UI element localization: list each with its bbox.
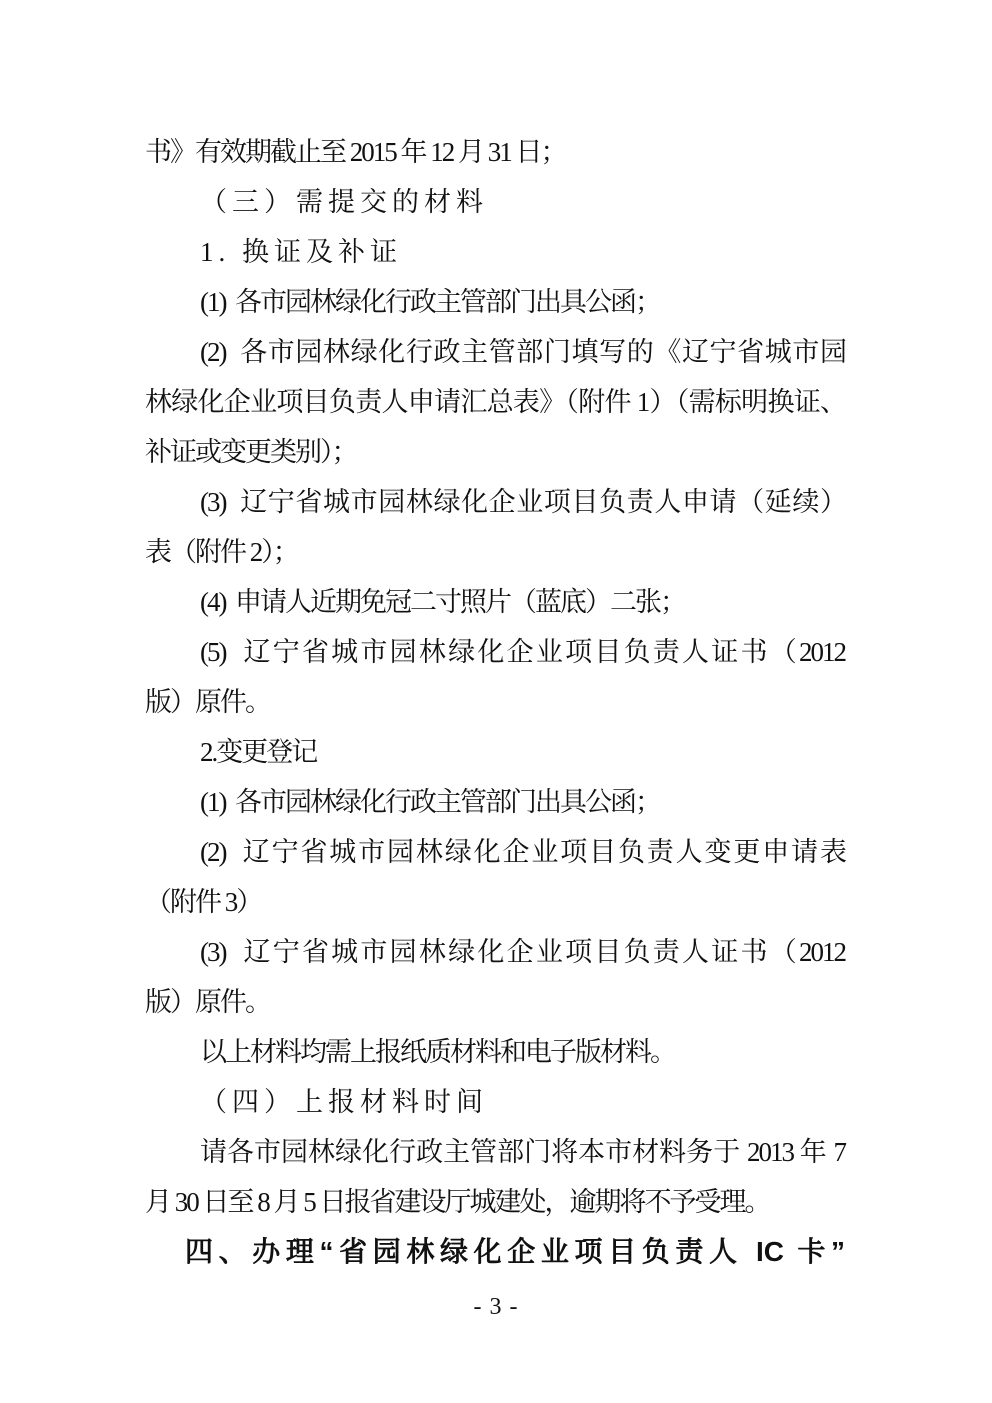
body-line: 以上材料均需上报纸质材料和电子版材料。 [145, 1027, 845, 1077]
list-item: (3) 辽宁省城市园林绿化企业项目负责人申请（延续） [145, 477, 845, 527]
document-page: 书》有效期截止至 2015 年 12 月 31 日； （三）需提交的材料 1. … [0, 0, 992, 1403]
list-item: (2) 各市园林绿化行政主管部门填写的《辽宁省城市园 [145, 327, 845, 377]
body-line: 林绿化企业项目负责人申请汇总表》（附件 1）（需标明换证、 [145, 377, 845, 427]
list-heading: 1. 换证及补证 [145, 227, 845, 277]
list-item: (5) 辽宁省城市园林绿化企业项目负责人证书（2012 [145, 627, 845, 677]
list-item: (1) 各市园林绿化行政主管部门出具公函； [145, 277, 845, 327]
body-line: 表（附件 2）； [145, 527, 845, 577]
list-item: (1) 各市园林绿化行政主管部门出具公函； [145, 777, 845, 827]
list-heading: 2.变更登记 [145, 727, 845, 777]
body-line: 补证或变更类别）； [145, 427, 845, 477]
list-item: (2) 辽宁省城市园林绿化企业项目负责人变更申请表 [145, 827, 845, 877]
section-heading: （三）需提交的材料 [145, 177, 845, 227]
body-line: 版）原件。 [145, 977, 845, 1027]
document-body: 书》有效期截止至 2015 年 12 月 31 日； （三）需提交的材料 1. … [145, 127, 845, 1277]
section-heading: 四、办理“省园林绿化企业项目负责人 IC 卡” [145, 1227, 845, 1277]
list-item: (3) 辽宁省城市园林绿化企业项目负责人证书（2012 [145, 927, 845, 977]
body-line: 书》有效期截止至 2015 年 12 月 31 日； [145, 127, 845, 177]
section-heading: （四）上报材料时间 [145, 1077, 845, 1127]
page-number: - 3 - [0, 1292, 992, 1322]
body-line: 请各市园林绿化行政主管部门将本市材料务于 2013 年 7 [145, 1127, 845, 1177]
body-line: 月 30 日至 8 月 5 日报省建设厅城建处，逾期将不予受理。 [145, 1177, 845, 1227]
body-line: 版）原件。 [145, 677, 845, 727]
list-item: (4) 申请人近期免冠二寸照片（蓝底）二张； [145, 577, 845, 627]
body-line: （附件 3） [145, 877, 845, 927]
